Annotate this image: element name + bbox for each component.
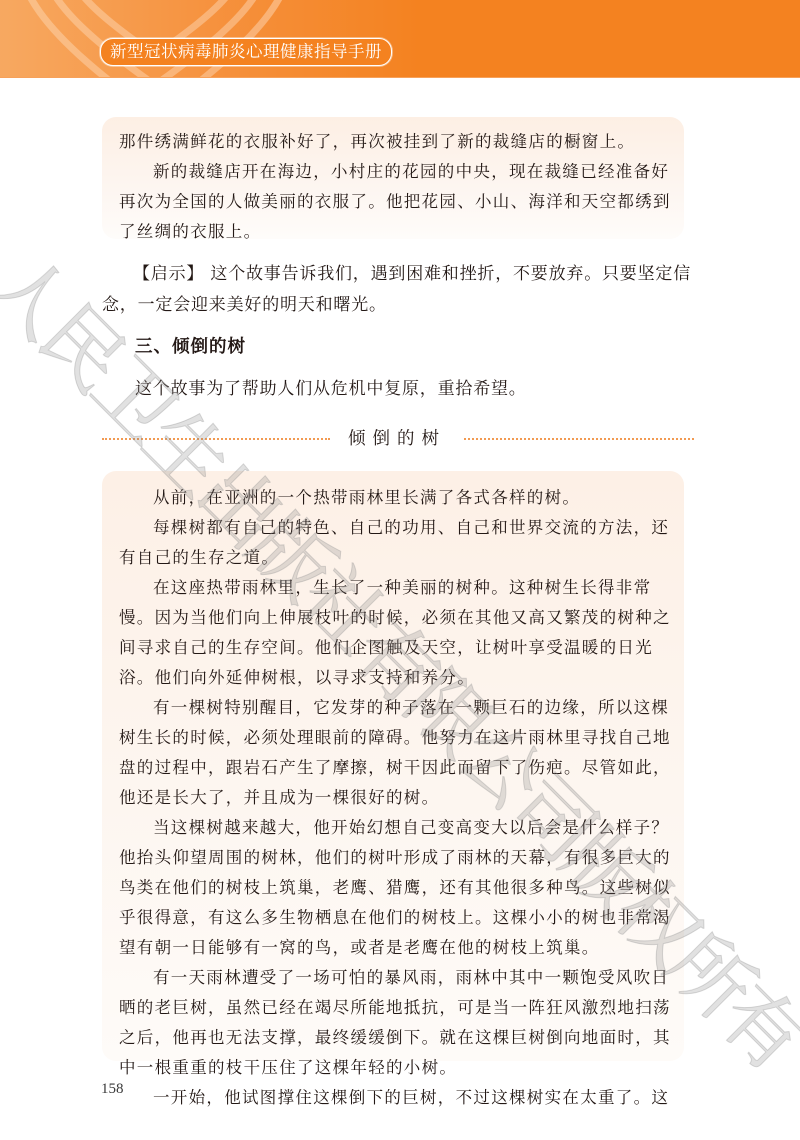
story-paragraph: 那件绣满鲜花的衣服补好了，再次被挂到了新的裁缝店的橱窗上。 (119, 127, 679, 157)
page-number: 158 (101, 1081, 124, 1098)
section-intro: 这个故事为了帮助人们从危机中复原，重拾希望。 (135, 374, 695, 405)
dotted-divider-left (102, 438, 330, 440)
story-title-row: 倾倒的树 (102, 425, 694, 451)
story-paragraph: 从前，在亚洲的一个热带雨林里长满了各式各样的树。 (119, 483, 679, 513)
story-paragraph: 有一棵树特别醒目，它发芽的种子落在一颗巨石的边缘，所以这棵树生长的时候，必须处理… (119, 693, 679, 813)
story-title: 倾倒的树 (342, 425, 452, 450)
book-title-badge: 新型冠状病毒肺炎心理健康指导手册 (100, 38, 392, 66)
continued-story-box: 那件绣满鲜花的衣服补好了，再次被挂到了新的裁缝店的橱窗上。 新的裁缝店开在海边，… (102, 117, 684, 239)
story-paragraph: 在这座热带雨林里，生长了一种美丽的树种。这种树生长得非常慢。因为当他们向上伸展枝… (119, 573, 679, 693)
section-heading: 三、倾倒的树 (135, 333, 246, 358)
story-paragraph: 新的裁缝店开在海边，小村庄的花园的中央，现在裁缝已经准备好再次为全国的人做美丽的… (119, 157, 679, 247)
story-paragraph: 当这棵树越来越大，他开始幻想自己变高变大以后会是什么样子？他抬头仰望周围的树林，… (119, 813, 679, 963)
insight-label: 【启示】 (133, 264, 204, 284)
dotted-divider-right (464, 438, 694, 440)
page-header-banner: 新型冠状病毒肺炎心理健康指导手册 (0, 0, 800, 78)
story-paragraph: 有一天雨林遭受了一场可怕的暴风雨，雨林中其中一颗饱受风吹日晒的老巨树，虽然已经在… (119, 963, 679, 1083)
story-paragraph: 每棵树都有自己的特色、自己的功用、自己和世界交流的方法，还有自己的生存之道。 (119, 513, 679, 573)
story-box: 从前，在亚洲的一个热带雨林里长满了各式各样的树。 每棵树都有自己的特色、自己的功… (102, 471, 684, 1061)
insight-paragraph: 【启示】 这个故事告诉我们，遇到困难和挫折，不要放弃。只要坚定信念，一定会迎来美… (102, 259, 694, 321)
story-paragraph: 一开始，他试图撑住这棵倒下的巨树，不过这棵树实在太重了。这 (119, 1083, 679, 1113)
